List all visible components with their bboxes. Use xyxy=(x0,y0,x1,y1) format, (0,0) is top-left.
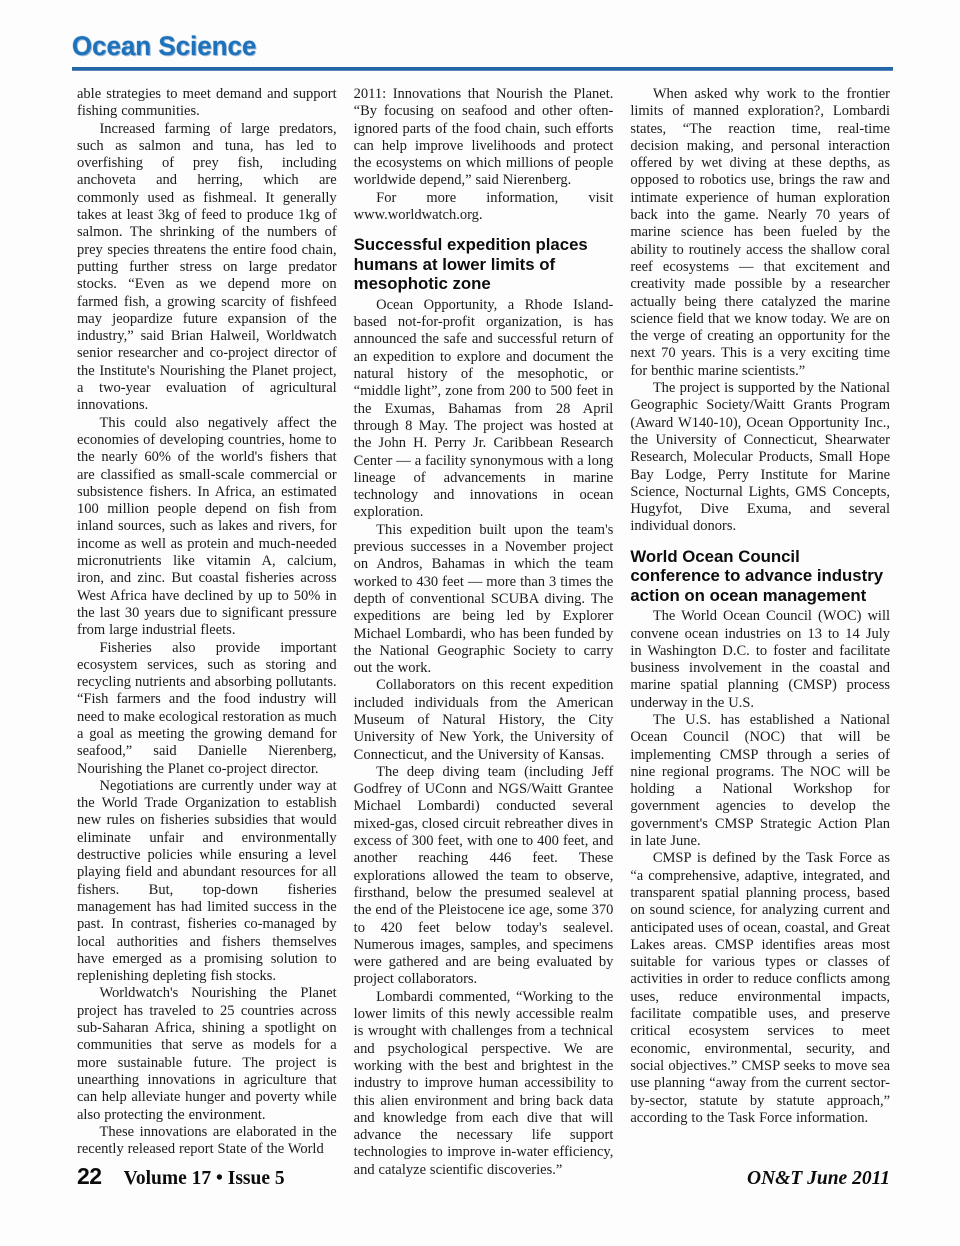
column-1: able strategies to meet demand and suppo… xyxy=(77,86,337,1179)
paragraph: Worldwatch's Nourishing the Planet proje… xyxy=(77,985,337,1123)
paragraph: The deep diving team (including Jeff God… xyxy=(354,764,614,989)
paragraph: The U.S. has established a National Ocea… xyxy=(630,712,890,850)
section-title: Ocean Science xyxy=(72,33,860,60)
header-rule xyxy=(72,67,893,71)
paragraph: This expedition built upon the team's pr… xyxy=(354,522,614,678)
column-3: When asked why work to the frontier limi… xyxy=(630,86,890,1179)
paragraph: Increased farming of large predators, su… xyxy=(77,121,337,415)
page-number: 22 xyxy=(77,1163,102,1190)
publication-label: ON&T June 2011 xyxy=(747,1168,890,1190)
article-heading: World Ocean Council conference to advanc… xyxy=(630,547,890,606)
paragraph: When asked why work to the frontier limi… xyxy=(630,86,890,380)
page-footer: 22 Volume 17 • Issue 5 ON&T June 2011 xyxy=(77,1163,890,1190)
column-2: 2011: Innovations that Nourish the Plane… xyxy=(354,86,614,1179)
paragraph: Ocean Opportunity, a Rhode Island-based … xyxy=(354,297,614,522)
paragraph: The project is supported by the National… xyxy=(630,380,890,536)
paragraph: 2011: Innovations that Nourish the Plane… xyxy=(354,86,614,190)
paragraph: Negotiations are currently under way at … xyxy=(77,778,337,986)
paragraph: For more information, visit www.worldwat… xyxy=(354,190,614,225)
columns: able strategies to meet demand and suppo… xyxy=(77,86,890,1179)
paragraph: The World Ocean Council (WOC) will conve… xyxy=(630,608,890,712)
page-header: Ocean Science xyxy=(72,33,893,71)
paragraph: CMSP is defined by the Task Force as “a … xyxy=(630,850,890,1127)
magazine-page: { "header": { "section_title": "Ocean Sc… xyxy=(0,0,960,1246)
paragraph: This could also negatively affect the ec… xyxy=(77,415,337,640)
article-heading: Successful expedition places humans at l… xyxy=(354,235,614,294)
paragraph: able strategies to meet demand and suppo… xyxy=(77,86,337,121)
paragraph: Fisheries also provide important ecosyst… xyxy=(77,640,337,778)
paragraph: These innovations are elaborated in the … xyxy=(77,1124,337,1159)
issue-label: Volume 17 • Issue 5 xyxy=(124,1168,285,1190)
paragraph: Lombardi commented, “Working to the lowe… xyxy=(354,989,614,1179)
paragraph: Collaborators on this recent expedition … xyxy=(354,677,614,763)
